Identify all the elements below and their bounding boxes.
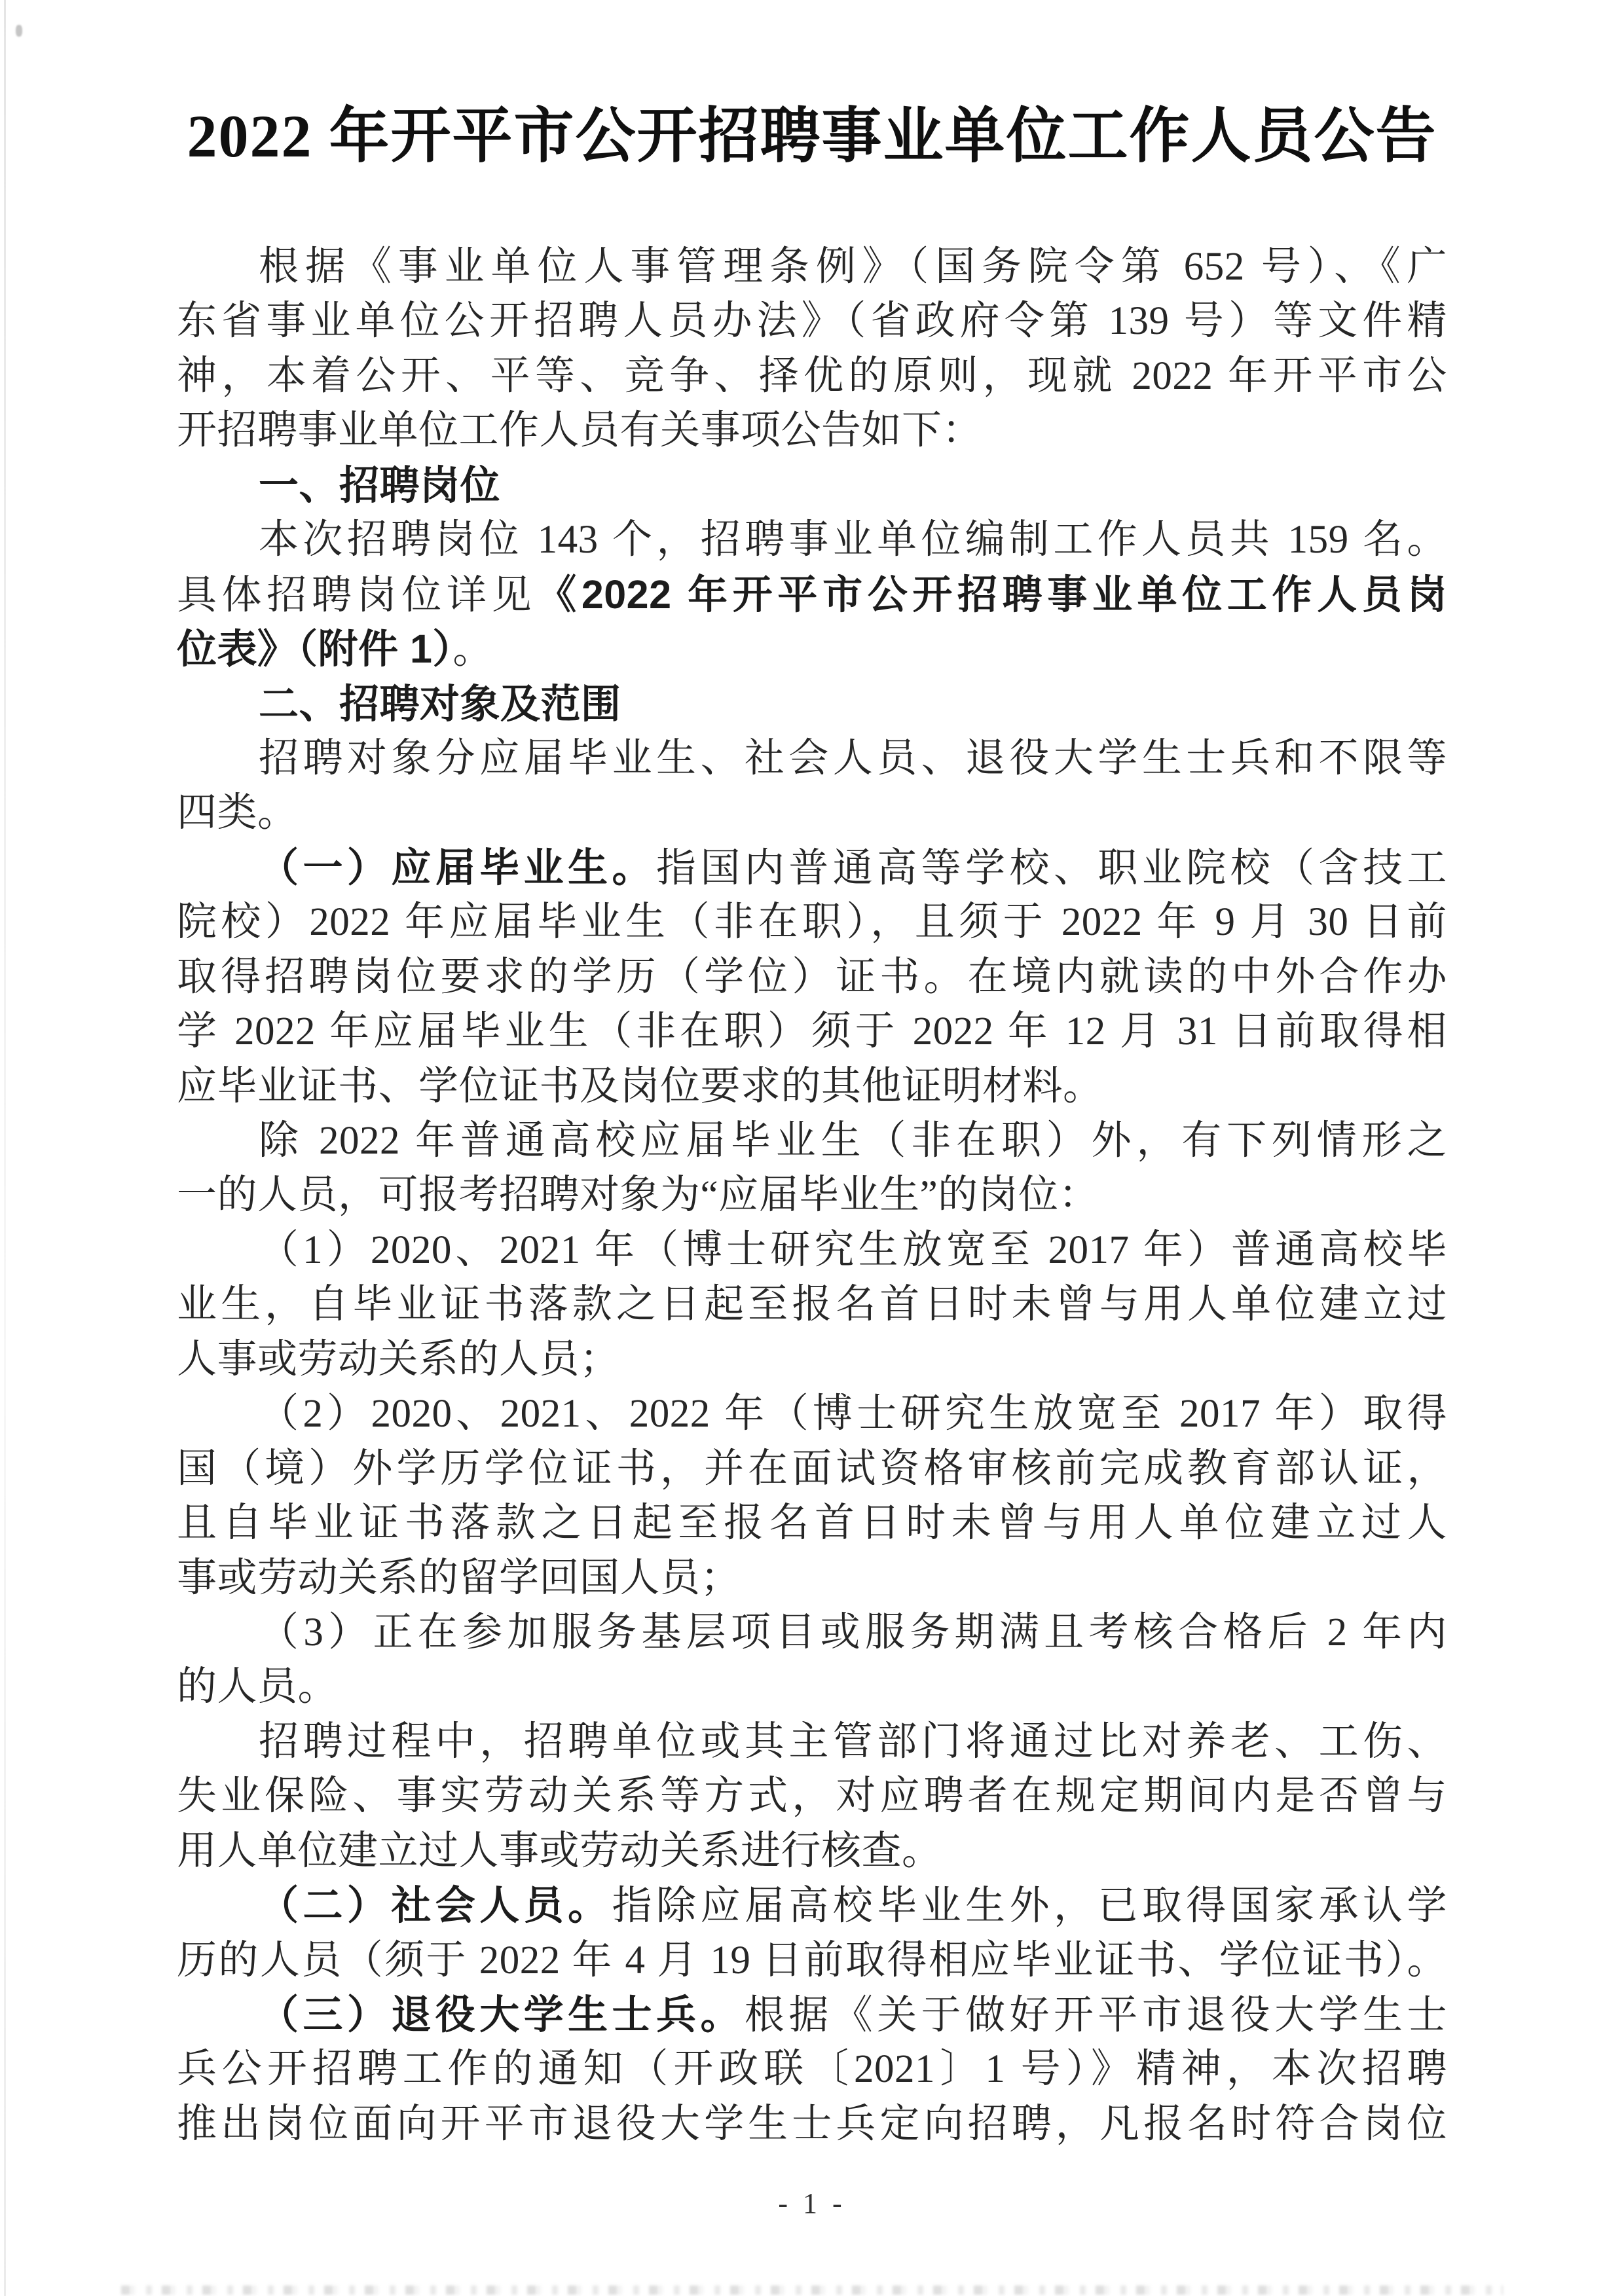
- text-line: （1）2020、2021 年（博士研究生放宽至 2017 年）普通高校毕: [177, 1223, 1447, 1277]
- text-line: 兵公开招聘工作的通知（开政联〔2021〕1 号）》精神，本次招聘: [177, 2042, 1447, 2096]
- bold-heading-text: 一、招聘岗位: [259, 463, 500, 507]
- text-line: 一的人员，可报考招聘对象为“应届毕业生”的岗位：: [177, 1168, 1447, 1222]
- body-text: 本次招聘岗位 143 个，招聘事业单位编制工作人员共 159 名。: [259, 518, 1447, 562]
- page-number: - 1 -: [0, 2184, 1624, 2223]
- text-line: 国（境）外学历学位证书，并在面试资格审核前完成教育部认证，: [177, 1442, 1447, 1496]
- body-text: 人事或劳动关系的人员；: [177, 1338, 620, 1381]
- body-text: 且自毕业证书落款之日起至报名首日时未曾与用人单位建立过人: [177, 1501, 1447, 1545]
- body-text: 一的人员，可报考招聘对象为“应届毕业生”的岗位：: [177, 1173, 1099, 1217]
- body-text: 具体招聘岗位详见: [177, 574, 536, 617]
- bold-heading-text: 二、招聘对象及范围: [259, 682, 621, 726]
- body-text: 神，本着公开、平等、竞争、择优的原则，现就 2022 年开平市公: [177, 354, 1447, 398]
- scan-speck-artifact: [16, 25, 22, 37]
- text-line: 位表》（附件 1）。: [177, 622, 1447, 676]
- text-line: 四类。: [177, 786, 1447, 840]
- document-title: 2022 年开平市公开招聘事业单位工作人员公告: [0, 97, 1624, 175]
- text-line: 一、招聘岗位: [177, 458, 1447, 513]
- body-text: （2）2020、2021、2022 年（博士研究生放宽至 2017 年）取得: [259, 1392, 1447, 1436]
- text-line: 学 2022 年应届毕业生（非在职）须于 2022 年 12 月 31 日前取得…: [177, 1004, 1447, 1059]
- body-text: 指国内普通高等学校、职业院校（含技工: [656, 847, 1447, 890]
- text-line: （一）应届毕业生。指国内普通高等学校、职业院校（含技工: [177, 841, 1447, 895]
- bold-heading-text: 《2022 年开平市公开招聘事业单位工作人员岗: [536, 572, 1447, 617]
- body-text: 四类。: [177, 791, 298, 835]
- body-text: 招聘过程中，招聘单位或其主管部门将通过比对养老、工伤、: [259, 1720, 1447, 1764]
- text-line: 除 2022 年普通高校应届毕业生（非在职）外，有下列情形之: [177, 1114, 1447, 1168]
- bold-heading-text: （二）社会人员。: [259, 1883, 612, 1927]
- body-text: 根据《关于做好开平市退役大学生士: [745, 1994, 1447, 2037]
- body-text: 事或劳动关系的留学回国人员；: [177, 1556, 741, 1600]
- text-line: 东省事业单位公开招聘人员办法》（省政府令第 139 号）等文件精: [177, 294, 1447, 348]
- text-line: 历的人员（须于 2022 年 4 月 19 日前取得相应毕业证书、学位证书）。: [177, 1933, 1447, 1988]
- text-line: （二）社会人员。指除应届高校毕业生外，已取得国家承认学: [177, 1878, 1447, 1933]
- page-bleed-artifact: [121, 2286, 1503, 2295]
- body-text: （1）2020、2021 年（博士研究生放宽至 2017 年）普通高校毕: [259, 1228, 1447, 1272]
- document-body: 根据《事业单位人事管理条例》（国务院令第 652 号）、《广东省事业单位公开招聘…: [177, 240, 1447, 2151]
- text-line: 开招聘事业单位工作人员有关事项公告如下：: [177, 403, 1447, 458]
- bold-heading-text: （一）应届毕业生。: [259, 845, 656, 890]
- text-line: 取得招聘岗位要求的学历（学位）证书。在境内就读的中外合作办: [177, 950, 1447, 1004]
- text-line: 二、招聘对象及范围: [177, 677, 1447, 731]
- body-text: （3）正在参加服务基层项目或服务期满且考核合格后 2 年内: [259, 1611, 1447, 1654]
- text-line: 院校）2022 年应届毕业生（非在职），且须于 2022 年 9 月 30 日前: [177, 895, 1447, 949]
- text-line: 具体招聘岗位详见《2022 年开平市公开招聘事业单位工作人员岗: [177, 568, 1447, 622]
- body-text: 国（境）外学历学位证书，并在面试资格审核前完成教育部认证，: [177, 1447, 1447, 1491]
- text-line: 神，本着公开、平等、竞争、择优的原则，现就 2022 年开平市公: [177, 349, 1447, 403]
- body-text: 应毕业证书、学位证书及岗位要求的其他证明材料。: [177, 1065, 1103, 1108]
- text-line: 业生，自毕业证书落款之日起至报名首日时未曾与用人单位建立过: [177, 1277, 1447, 1332]
- text-line: （三）退役大学生士兵。根据《关于做好开平市退役大学生士: [177, 1988, 1447, 2042]
- document-page: { "page": { "kind": "scanned official no…: [0, 0, 1624, 2296]
- text-line: 推出岗位面向开平市退役大学生士兵定向招聘，凡报名时符合岗位: [177, 2097, 1447, 2151]
- text-line: （3）正在参加服务基层项目或服务期满且考核合格后 2 年内: [177, 1605, 1447, 1660]
- body-text: 指除应届高校毕业生外，已取得国家承认学: [612, 1884, 1447, 1928]
- text-line: 本次招聘岗位 143 个，招聘事业单位编制工作人员共 159 名。: [177, 513, 1447, 567]
- body-text: 历的人员（须于 2022 年 4 月 19 日前取得相应毕业证书、学位证书）。: [177, 1939, 1447, 1982]
- body-text: 学 2022 年应届毕业生（非在职）须于 2022 年 12 月 31 日前取得…: [177, 1010, 1447, 1053]
- body-text: 失业保险、事实劳动关系等方式，对应聘者在规定期间内是否曾与: [177, 1774, 1447, 1818]
- text-line: 用人单位建立过人事或劳动关系进行核查。: [177, 1824, 1447, 1878]
- body-text: 业生，自毕业证书落款之日起至报名首日时未曾与用人单位建立过: [177, 1283, 1447, 1326]
- text-line: 失业保险、事实劳动关系等方式，对应聘者在规定期间内是否曾与: [177, 1769, 1447, 1823]
- body-text: 开招聘事业单位工作人员有关事项公告如下：: [177, 409, 982, 452]
- body-text: 用人单位建立过人事或劳动关系进行核查。: [177, 1829, 942, 1873]
- body-text: 院校）2022 年应届毕业生（非在职），且须于 2022 年 9 月 30 日前: [177, 900, 1447, 944]
- text-line: 人事或劳动关系的人员；: [177, 1332, 1447, 1387]
- text-line: （2）2020、2021、2022 年（博士研究生放宽至 2017 年）取得: [177, 1387, 1447, 1441]
- text-line: 事或劳动关系的留学回国人员；: [177, 1551, 1447, 1605]
- body-text: 取得招聘岗位要求的学历（学位）证书。在境内就读的中外合作办: [177, 955, 1447, 999]
- body-text: 根据《事业单位人事管理条例》（国务院令第 652 号）、《广: [259, 245, 1447, 289]
- text-line: 的人员。: [177, 1660, 1447, 1714]
- bold-heading-text: 位表》（附件 1）: [177, 627, 452, 671]
- body-text: 的人员。: [177, 1665, 338, 1709]
- scanner-edge-artifact: [4, 0, 6, 2296]
- body-text: 。: [452, 628, 493, 672]
- text-line: 根据《事业单位人事管理条例》（国务院令第 652 号）、《广: [177, 240, 1447, 294]
- text-line: 且自毕业证书落款之日起至报名首日时未曾与用人单位建立过人: [177, 1496, 1447, 1550]
- text-line: 招聘对象分应届毕业生、社会人员、退役大学生士兵和不限等: [177, 731, 1447, 786]
- body-text: 兵公开招聘工作的通知（开政联〔2021〕1 号）》精神，本次招聘: [177, 2047, 1447, 2091]
- text-line: 应毕业证书、学位证书及岗位要求的其他证明材料。: [177, 1059, 1447, 1114]
- body-text: 招聘对象分应届毕业生、社会人员、退役大学生士兵和不限等: [259, 737, 1447, 780]
- bold-heading-text: （三）退役大学生士兵。: [259, 1992, 745, 2037]
- body-text: 除 2022 年普通高校应届毕业生（非在职）外，有下列情形之: [259, 1119, 1447, 1163]
- text-line: 招聘过程中，招聘单位或其主管部门将通过比对养老、工伤、: [177, 1715, 1447, 1769]
- body-text: 东省事业单位公开招聘人员办法》（省政府令第 139 号）等文件精: [177, 299, 1447, 343]
- body-text: 推出岗位面向开平市退役大学生士兵定向招聘，凡报名时符合岗位: [177, 2102, 1447, 2146]
